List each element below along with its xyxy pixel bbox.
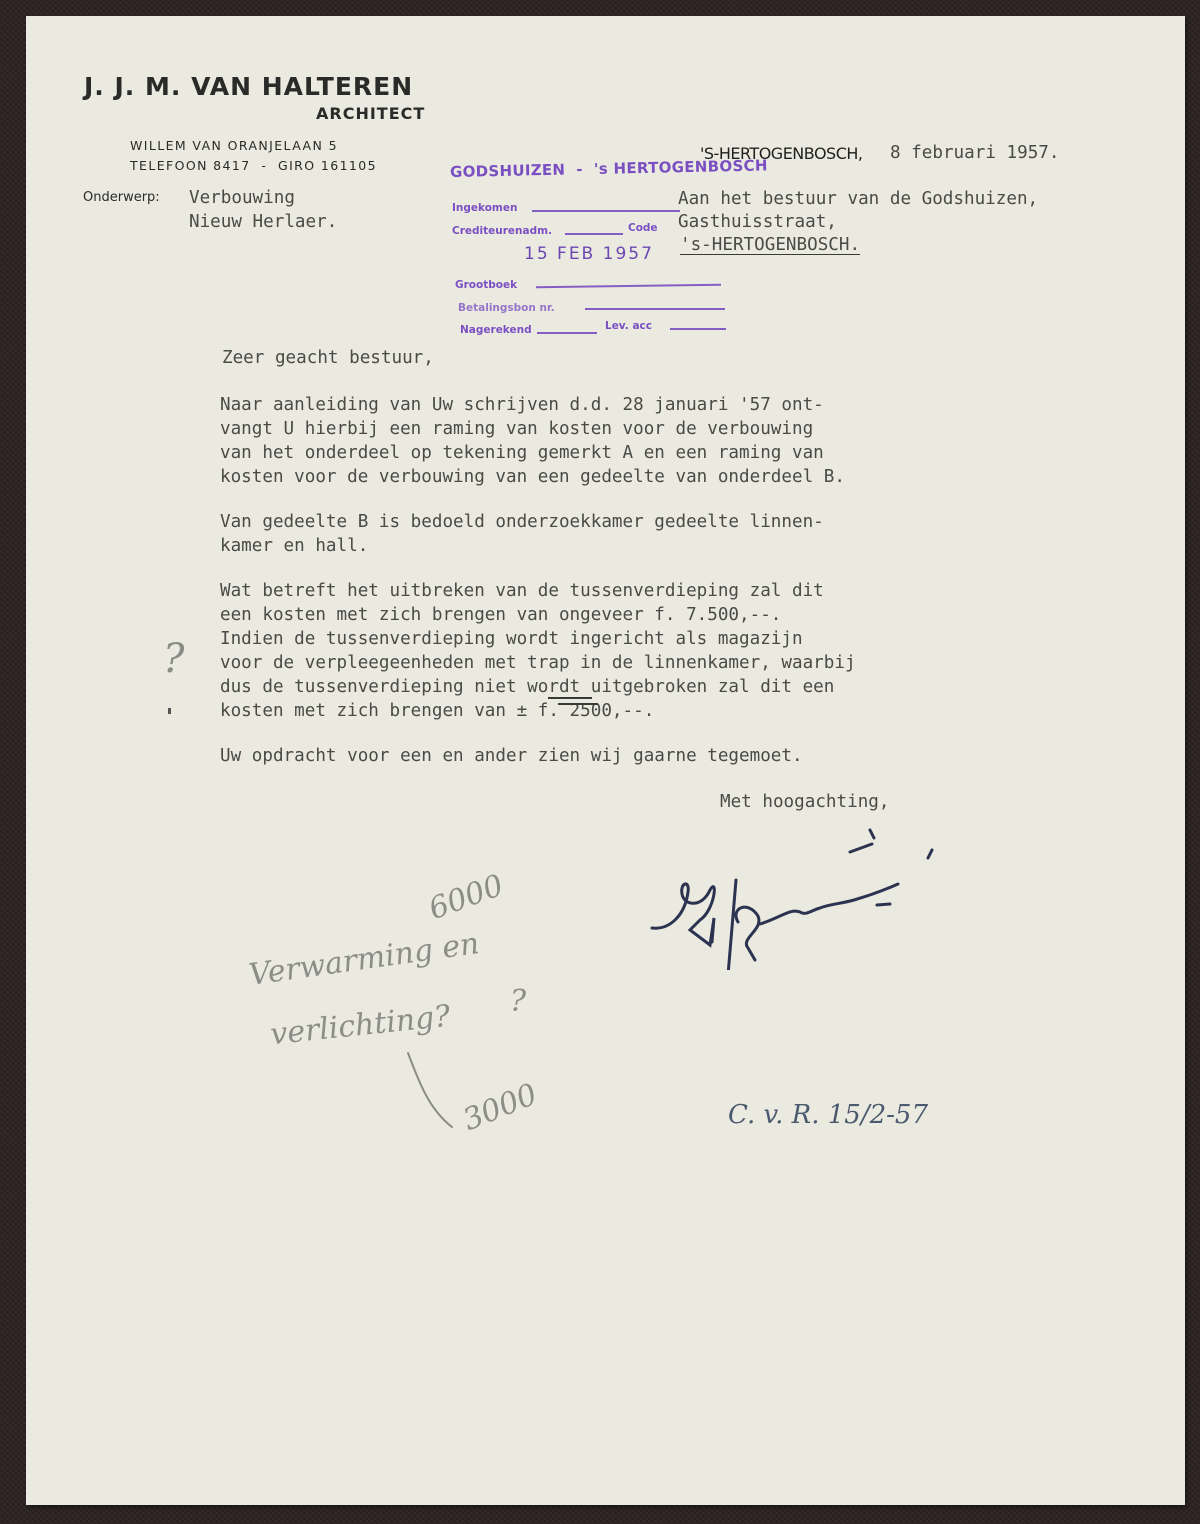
letterhead-address: WILLEM VAN ORANJELAAN 5 [130,138,338,153]
body-line: Naar aanleiding van Uw schrijven d.d. 28… [220,393,845,417]
underline-niet [548,697,592,699]
margin-dot [168,708,171,714]
stamp-label-nagerekend: Nagerekend [460,324,532,336]
salutation: Zeer geacht bestuur, [222,346,434,370]
recipient-line-2: Gasthuisstraat, [678,210,837,234]
stamp-line [565,233,623,235]
body-line: kamer en hall. [220,534,824,558]
body-line: voor de verpleegeenheden met trap in de … [220,651,856,675]
stamp-label-crediteurenadm: Crediteurenadm. [452,225,552,237]
stamp-line [585,308,725,310]
body-line: van het onderdeel op tekening gemerkt A … [220,441,845,465]
paragraph-1: Naar aanleiding van Uw schrijven d.d. 28… [220,393,845,489]
closing: Met hoogachting, [720,790,889,814]
pencil-question: ? [510,984,526,1019]
stamp-line [670,328,726,330]
stamp-label-code: Code [628,222,658,234]
letterhead-name: J. J. M. VAN HALTEREN [84,72,413,101]
subject-label: Onderwerp: [83,190,160,205]
body-line: Uw opdracht voor een en ander zien wij g… [220,744,803,768]
stamp-label-grootboek: Grootboek [455,279,517,291]
paragraph-4: Uw opdracht voor een en ander zien wij g… [220,744,803,768]
stamp-label-lev-acc: Lev. acc [605,320,652,332]
subject-line-2: Nieuw Herlaer. [189,210,337,234]
margin-question-mark: ? [163,636,184,682]
signature-icon [640,820,940,970]
overline-van [558,703,598,705]
body-line: kosten met zich brengen van ± f. 2500,--… [220,699,856,723]
body-line: Wat betreft het uitbreken van de tussenv… [220,579,856,603]
paragraph-2: Van gedeelte B is bedoeld onderzoekkamer… [220,510,824,558]
letterhead-contact: TELEFOON 8417 - GIRO 161105 [130,158,377,173]
recipient-line-3: 's-HERTOGENBOSCH. [680,233,860,257]
pencil-bracket-icon [400,1045,460,1135]
body-line: een kosten met zich brengen van ongeveer… [220,603,856,627]
body-line: Van gedeelte B is bedoeld onderzoekkamer… [220,510,824,534]
letterhead-profession: ARCHITECT [316,104,425,123]
stamp-date: 15 FEB 1957 [524,244,654,264]
stamp-label-ingekomen: Ingekomen [452,202,517,214]
stamp-label-betalingsbon: Betalingsbon nr. [458,302,555,314]
stamp-line [532,210,680,212]
body-line: kosten voor de verbouwing van een gedeel… [220,465,845,489]
recipient-line-1: Aan het bestuur van de Godshuizen, [678,187,1038,211]
body-line: vangt U hierbij een raming van kosten vo… [220,417,845,441]
body-line: dus de tussenverdieping niet wordt uitge… [220,675,856,699]
body-line: Indien de tussenverdieping wordt ingeric… [220,627,856,651]
paragraph-3: Wat betreft het uitbreken van de tussenv… [220,579,856,723]
letter-date: 8 februari 1957. [890,141,1059,165]
subject-line-1: Verbouwing [189,186,295,210]
stamp-line [537,332,597,334]
initials-date: C. v. R. 15/2-57 [728,1100,928,1130]
